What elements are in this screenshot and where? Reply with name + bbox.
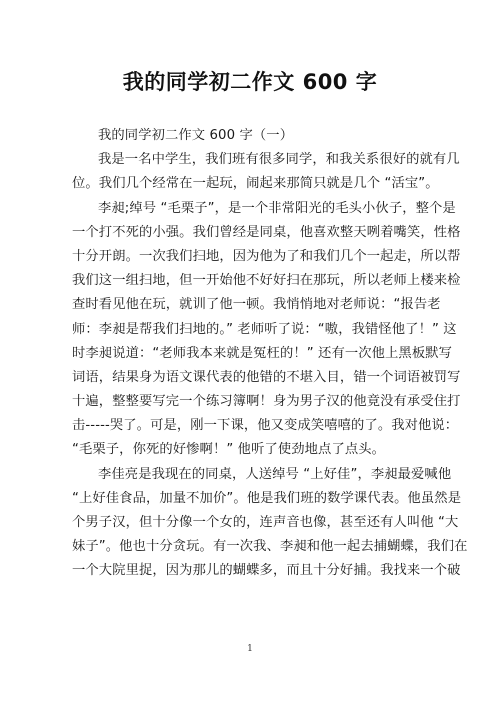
text-line: 十遍，整整要写完一个练习簿啊！身为男子汉的他竟没有承受住打 [72, 390, 430, 414]
document-title: 我的同学初二作文 600 字 [0, 66, 500, 96]
page-number: 1 [0, 644, 500, 654]
text-line: 李佳亮是我现在的同桌，人送绰号 “上好佳”，李昶最爱喊他 [72, 463, 430, 487]
text-line: 词语，结果身为语文课代表的他错的不堪入目，错一个词语被罚写 [72, 366, 430, 390]
text-line: 击-----哭了。可是，刚一下课，他又变成笑嘻嘻的了。我对他说： [72, 414, 430, 438]
text-line: 一个打不死的小强。我们曾经是同桌，他喜欢整天咧着嘴笑，性格 [72, 221, 430, 245]
text-line: 师：李昶是帮我们扫地的。” 老师听了说：“嗷，我错怪他了！” 这 [72, 318, 430, 342]
text-line: “毛栗子，你死的好惨啊！” 他听了使劲地点了点头。 [72, 438, 430, 462]
text-line: “上好佳食品，加量不加价”。他是我们班的数学课代表。他虽然是 [72, 487, 430, 511]
text-line: 我是一名中学生，我们班有很多同学，和我关系很好的就有几 [72, 148, 430, 172]
text-line: 查时看见他在玩，就训了他一顿。我悄悄地对老师说：“报告老 [72, 293, 430, 317]
text-line: 十分开朗。一次我们扫地，因为他为了和我们几个一起走，所以帮 [72, 245, 430, 269]
text-line: 位。我们几个经常在一起玩，闹起来那简只就是几个 “活宝”。 [72, 172, 430, 196]
text-line: 李昶;绰号 “毛栗子”，是一个非常阳光的毛头小伙子，整个是 [72, 197, 430, 221]
text-line: 妹子”。他也十分贪玩。有一次我、李昶和他一起去捕蝴蝶，我们在 [72, 535, 430, 559]
text-line: 一个大院里捉，因为那儿的蝴蝶多，而且十分好捕。我找来一个破 [72, 559, 430, 583]
subtitle-line: 我的同学初二作文 600 字（一） [72, 124, 430, 148]
text-line: 我们这一组扫地，但一开始他不好好扫在那玩，所以老师上楼来检 [72, 269, 430, 293]
text-line: 个男子汉，但十分像一个女的，连声音也像，甚至还有人叫他 “大 [72, 511, 430, 535]
document-body: 我的同学初二作文 600 字（一） 我是一名中学生，我们班有很多同学，和我关系很… [72, 124, 430, 584]
text-line: 时李昶说道：“老师我本来就是冤枉的！” 还有一次他上黑板默写 [72, 342, 430, 366]
